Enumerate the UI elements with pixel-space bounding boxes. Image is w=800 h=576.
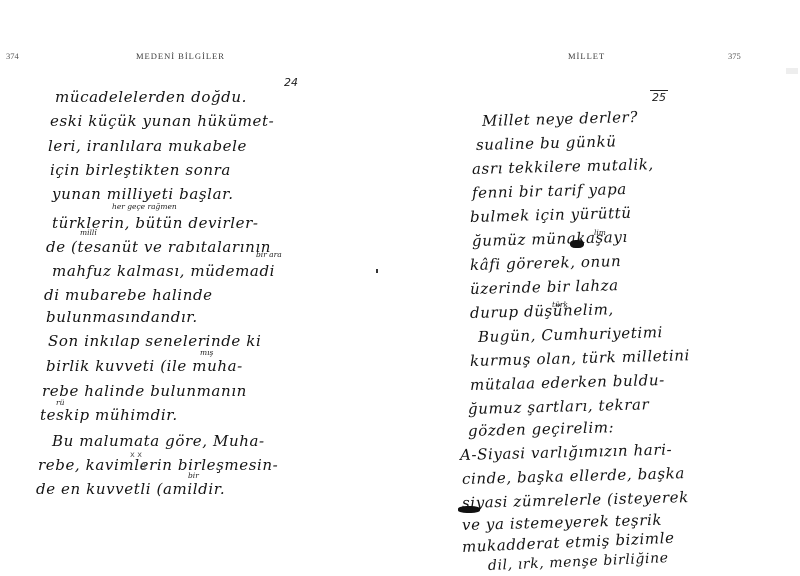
handwritten-line: mücadelelerden doğdu. bbox=[55, 88, 247, 106]
handwritten-line: bulmek için yürüttü bbox=[470, 204, 632, 226]
handwritten-line: yunan milliyeti başlar. bbox=[52, 185, 234, 203]
handwritten-line: rebe, kavimlerin birleşmesin- bbox=[38, 456, 278, 474]
footer-marks: x x bbox=[130, 450, 142, 459]
annotation: bir bbox=[188, 471, 199, 480]
handwritten-line: kurmuş olan, türk milletini bbox=[470, 346, 690, 370]
edge-mark bbox=[786, 68, 798, 74]
handwritten-line: cinde, başka ellerde, başka bbox=[462, 464, 685, 488]
handwritten-line: kâfi görerek, onun bbox=[470, 252, 622, 274]
handwritten-line: sualine bu günkü bbox=[476, 132, 617, 154]
annotation: türk bbox=[552, 300, 568, 309]
handwritten-line: de (tesanüt ve rabıtalarının bbox=[46, 238, 271, 256]
handwritten-line: siyasi zümrelerle (isteyerek bbox=[462, 488, 689, 512]
handwritten-line: durup düşünelim, bbox=[470, 300, 614, 322]
handwritten-line: birlik kuvveti (ile muha- bbox=[46, 357, 243, 375]
handwritten-line: rebe halinde bulunmanın bbox=[42, 382, 247, 400]
handwritten-line: asrı tekkilere mutalik, bbox=[472, 155, 654, 178]
handwritten-line: eski küçük yunan hükümet- bbox=[50, 112, 274, 130]
handwritten-line: Son inkılap senelerinde ki bbox=[48, 332, 261, 350]
handwritten-line: dil, ırk, menşe birliğine bbox=[488, 550, 669, 574]
annotation: bir ara bbox=[256, 250, 282, 259]
page-number: 374 bbox=[6, 51, 19, 61]
annotation: lim bbox=[594, 228, 606, 237]
handwritten-line: bulunmasındandır. bbox=[46, 308, 198, 326]
running-head: MEDENİ BİLGİLER bbox=[136, 51, 225, 61]
handwritten-line: ğumuz şartları, tekrar bbox=[468, 395, 650, 418]
strikethrough-scribble bbox=[570, 240, 584, 248]
handwritten-line: teskip mühimdir. bbox=[40, 406, 178, 424]
right-page: MİLLET 375 25 Millet neye derler? sualin… bbox=[400, 0, 800, 576]
strikethrough-scribble bbox=[458, 506, 480, 513]
handwritten-line: mütalaa ederken buldu- bbox=[470, 371, 665, 394]
annotation: mış bbox=[200, 348, 213, 357]
handwritten-line: leri, iranlılara mukabele bbox=[48, 137, 247, 155]
handwritten-line: Bu malumata göre, Muha- bbox=[52, 432, 265, 450]
book-spread: 374 MEDENİ BİLGİLER 24 mücadelelerden do… bbox=[0, 0, 800, 576]
running-head: MİLLET bbox=[568, 51, 605, 61]
handwritten-line: gözden geçirelim: bbox=[468, 418, 615, 440]
manuscript-page-number: 24 bbox=[284, 76, 298, 89]
handwritten-line: de en kuvvetli (amildir. bbox=[36, 480, 225, 498]
page-number: 375 bbox=[728, 51, 741, 61]
handwritten-line: di mubarebe halinde bbox=[44, 286, 213, 304]
handwritten-line: üzerinde bir lahza bbox=[470, 276, 619, 298]
handwritten-line: için birleştikten sonra bbox=[50, 161, 231, 179]
manuscript-page-number: 25 bbox=[650, 90, 668, 104]
handwritten-line: A-Siyasi varlığımızın hari- bbox=[460, 440, 673, 464]
handwritten-line: fenni bir tarif yapa bbox=[472, 180, 627, 202]
annotation: her geçe rağmen bbox=[112, 202, 177, 211]
gutter-mark bbox=[376, 269, 378, 273]
footer-sub-mark: 9 bbox=[141, 462, 146, 471]
annotation: millî bbox=[80, 228, 97, 237]
handwritten-line: mahfuz kalması, müdemadi bbox=[52, 262, 275, 280]
left-page: 374 MEDENİ BİLGİLER 24 mücadelelerden do… bbox=[0, 0, 400, 576]
handwritten-line: Millet neye derler? bbox=[482, 108, 638, 130]
handwritten-line: Bugün, Cumhuriyetimi bbox=[478, 323, 663, 346]
